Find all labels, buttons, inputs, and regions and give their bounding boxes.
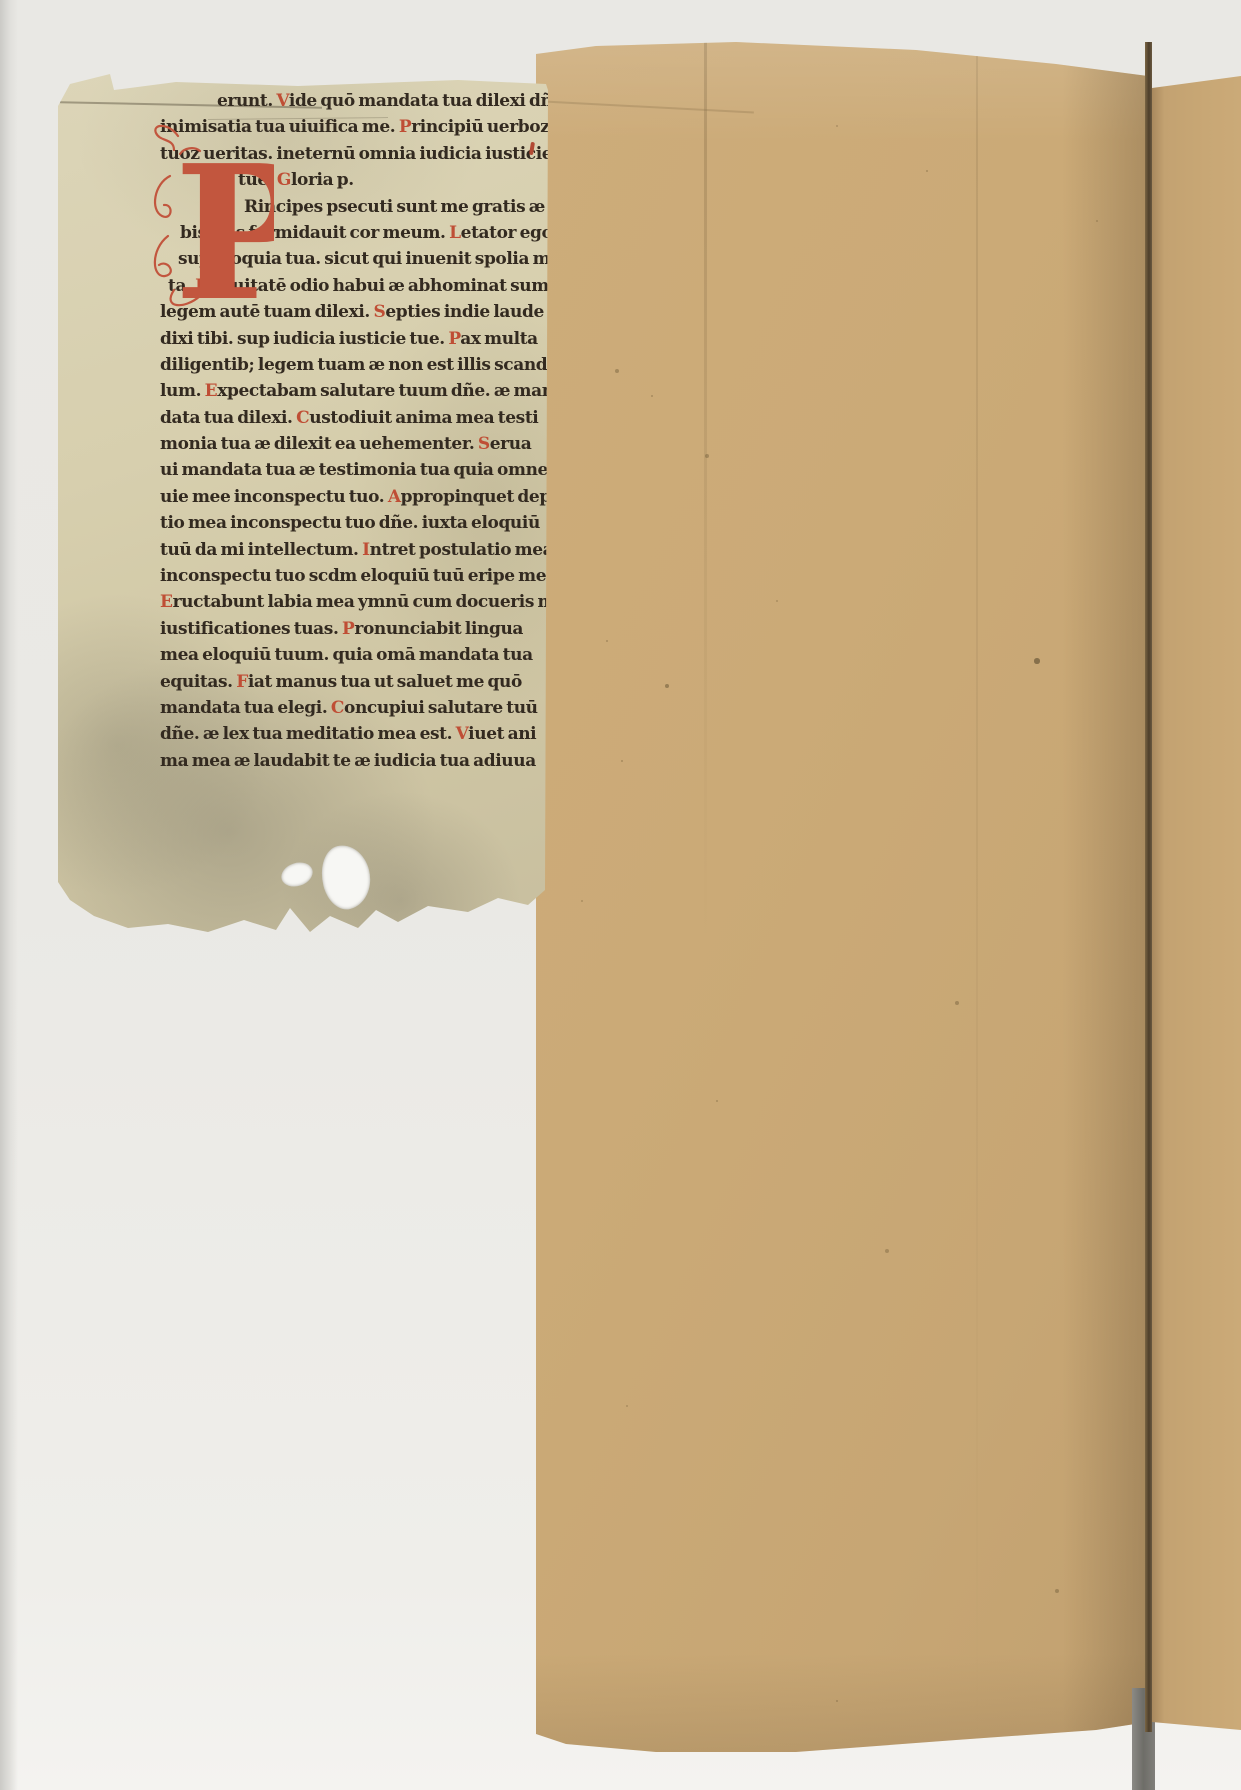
text-line: monia tua æ dilexit ea uehementer. Serua <box>160 431 540 457</box>
text-line: tue. Gloria p. <box>160 167 540 193</box>
scan-left-edge <box>0 0 18 1790</box>
text-line: ta. Iniquitatē odio habui æ abhominat su… <box>160 273 540 299</box>
text-line: dixi tibi. sup iudicia iusticie tue. Pax… <box>160 326 540 352</box>
text-line: Eructabunt labia mea ymnū cum docueris m… <box>160 589 540 615</box>
text-line: dñe. æ lex tua meditatio mea est. Viuet … <box>160 721 540 747</box>
text-line: Rincipes psecuti sunt me gratis æ auer <box>160 194 540 220</box>
text-line: tio mea inconspectu tuo dñe. iuxta eloqu… <box>160 510 540 536</box>
text-line: data tua dilexi. Custodiuit anima mea te… <box>160 405 540 431</box>
foxing-speckles <box>536 40 538 42</box>
text-line: ui mandata tua æ testimonia tua quia omn… <box>160 457 540 483</box>
album-page <box>536 40 1148 1756</box>
text-line: lum. Expectabam salutare tuum dñe. æ man <box>160 378 540 404</box>
text-line: tuū da mi intellectum. Intret postulatio… <box>160 537 540 563</box>
text-line: sup eloquia tua. sicut qui inuenit spoli… <box>160 246 540 272</box>
text-line: inconspectu tuo scdm eloquiū tuū eripe m… <box>160 563 540 589</box>
parchment-hole-large <box>315 840 377 914</box>
page-gutter <box>1145 42 1152 1732</box>
page-crease-vertical-2 <box>976 40 978 1756</box>
text-line: iustificationes tuas. Pronunciabit lingu… <box>160 616 540 642</box>
text-line: mea eloquiū tuum. quia omā mandata tua <box>160 642 540 668</box>
text-line: tuoz ueritas. ineternū omnia iudicia ius… <box>160 141 540 167</box>
manuscript-leaf: P erunt. Vide quō mandata tua dilexi dñe… <box>58 70 548 935</box>
manuscript-text-lines: erunt. Vide quō mandata tua dilexi dñe. … <box>160 88 540 774</box>
text-line: uie mee inconspectu tuo. Appropinquet de… <box>160 484 540 510</box>
page-crease-horizontal <box>544 101 754 114</box>
text-line: bis tuis formidauit cor meum. Letator eg… <box>160 220 540 246</box>
text-line: inimisatia tua uiuifica me. Principiū ue… <box>160 114 540 140</box>
text-line: mandata tua elegi. Concupiui salutare tu… <box>160 695 540 721</box>
text-line: diligentib; legem tuam æ non est illis s… <box>160 352 540 378</box>
manuscript-text-block: P erunt. Vide quō mandata tua dilexi dñe… <box>160 88 540 794</box>
text-line: legem autē tuam dilexi. Septies indie la… <box>160 299 540 325</box>
text-line: ma mea æ laudabit te æ iudicia tua adiuu… <box>160 748 540 774</box>
facing-page-edge <box>1152 76 1241 1730</box>
scan-stage: P erunt. Vide quō mandata tua dilexi dñe… <box>0 0 1241 1790</box>
text-line: equitas. Fiat manus tua ut saluet me quō <box>160 669 540 695</box>
page-crease-vertical-1 <box>704 40 707 940</box>
parchment-hole-small <box>278 859 316 891</box>
text-line: erunt. Vide quō mandata tua dilexi dñe. … <box>160 88 540 114</box>
